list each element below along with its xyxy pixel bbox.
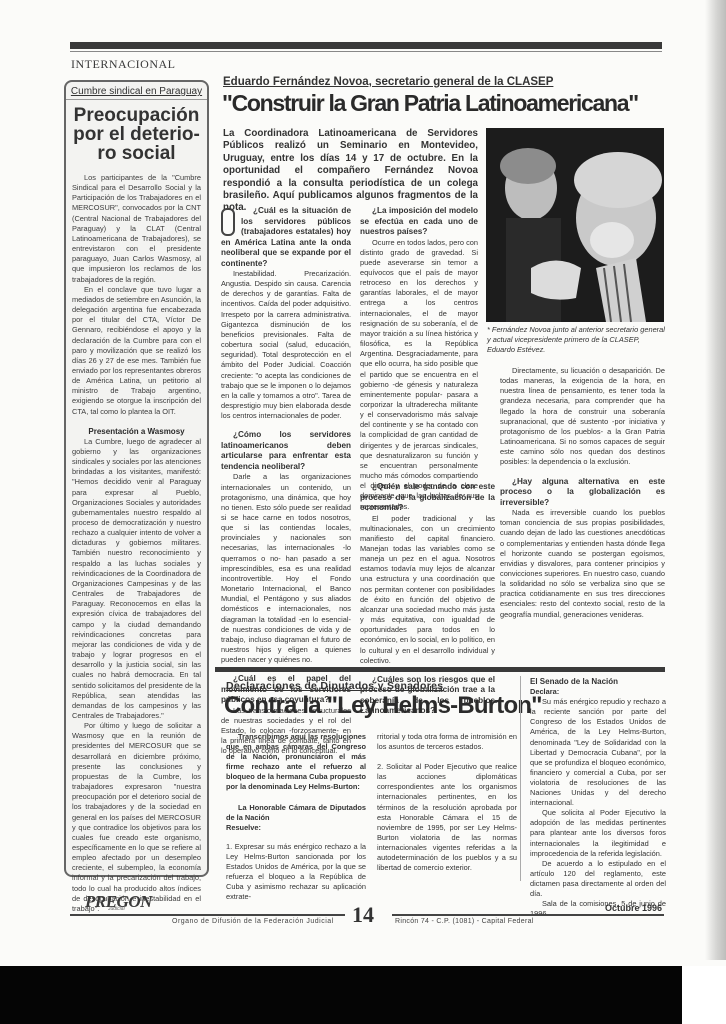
resolution-point-2: 2. Solicitar al Poder Ejecutivo que real… (377, 762, 517, 873)
sidebar-subhead: Presentación a Wasmosy (72, 427, 201, 436)
scan-border-right (682, 966, 726, 1024)
answer: Darle a las organizaciones internacional… (221, 472, 351, 665)
sidebar-title-text: Preocupación por el deterio-ro social (73, 105, 200, 164)
answer: Ocurre en todos lados, pero con distinto… (360, 238, 478, 512)
page-number: 14 (352, 902, 374, 928)
photo-fernandez-novoa-estevez (486, 128, 664, 322)
senado-column: El Senado de la Nación Declara: Su más e… (530, 677, 666, 919)
main-column-3: Directamente, su licuación o desaparició… (500, 366, 665, 620)
second-headline: Contra la "Ley Helms-Burton" (224, 692, 542, 720)
second-kicker: Declaraciones de Diputados y Senadores (226, 680, 443, 692)
footer-date: Octubre 1996 (605, 903, 662, 913)
section-divider (215, 667, 665, 672)
sidebar-paragraph: La Cumbre, luego de agradecer al gobiern… (72, 437, 201, 721)
portrait-photo-icon (486, 128, 664, 322)
resolution-point-1a: 1. Expresar su más enérgico rechazo a la… (226, 842, 366, 903)
page-edge-shadow (656, 0, 726, 960)
senado-paragraph: Su más enérgico repudio y rechazo a la r… (530, 697, 666, 808)
top-rule (70, 42, 662, 49)
question: ¿Hay alguna alternativa en este proceso … (500, 477, 665, 509)
question: ¿Cuál es la situación de los servidores … (221, 206, 351, 269)
main-lead: La Coordinadora Latinoamericana de Servi… (223, 128, 478, 215)
sidebar-paragraph: Por último y luego de solicitar a Wasmos… (72, 721, 201, 914)
newspaper-page: INTERNACIONAL Cumbre sindical en Paragua… (0, 0, 726, 1024)
senado-paragraph: Que solicita al Poder Ejecutivo la adopc… (530, 808, 666, 858)
sidebar-paragraph: Los participantes de la "Cumbre Sindical… (72, 173, 201, 285)
main-column-2: ¿La imposición del modelo se efectúa en … (360, 206, 478, 512)
sidebar-paragraph: En el conclave que tuvo lugar a mediados… (72, 285, 201, 417)
resolution-point-1b: rritorial y toda otra forma de intromisi… (377, 732, 517, 752)
answer: Nada es irreversible cuando los pueblos … (500, 508, 665, 620)
sidebar-kicker: Cumbre sindical en Paraguay (66, 86, 207, 100)
section-label: INTERNACIONAL (71, 57, 176, 72)
diputados-title: La Honorable Cámara de Diputados de la N… (226, 803, 366, 823)
second-column-1: Transcribimos aquí las resoluciones que … (226, 732, 366, 902)
question: ¿Quién sale ganando con este proceso de … (360, 482, 495, 514)
declara-label: Declara: (530, 687, 666, 697)
answer: El poder tradicional y las multinacional… (360, 514, 495, 666)
second-column-2: rritorial y toda otra forma de intromisi… (377, 732, 517, 873)
question: ¿La imposición del modelo se efectúa en … (360, 206, 478, 238)
main-column-1: ¿Cuál es la situación de los servidores … (221, 206, 351, 757)
footer-rule-left (70, 914, 345, 916)
main-headline: "Construir la Gran Patria Latinoamerican… (222, 90, 638, 117)
photo-caption: * Fernández Novoa junto al anterior secr… (487, 325, 667, 355)
sidebar-body: Los participantes de la "Cumbre Sindical… (72, 173, 201, 914)
answer: Directamente, su licuación o desaparició… (500, 366, 665, 468)
top-rule-thin (70, 51, 662, 52)
column-separator (520, 676, 521, 881)
intro: Transcribimos aquí las resoluciones que … (226, 732, 366, 793)
dropcap-decoration-icon (221, 208, 235, 236)
footer-address: Rincón 74 - C.P. (1081) - Capital Federa… (395, 918, 534, 925)
answer: Inestabilidad. Precarización. Angustia. … (221, 269, 351, 421)
senado-paragraph: De acuerdo a lo estipulado en el artícul… (530, 859, 666, 899)
sidebar-title: Preocupación por el deterio-ro social (72, 106, 201, 163)
footer-rule-right (392, 914, 664, 916)
sidebar-article: Cumbre sindical en Paraguay Preocupación… (64, 80, 209, 877)
main-kicker: Eduardo Fernández Novoa, secretario gene… (223, 76, 553, 88)
pregon-logo-subtitle: Judicial (108, 906, 125, 912)
scan-border (0, 966, 682, 1024)
footer-publisher: Organo de Difusión de la Federación Judi… (172, 918, 334, 925)
senado-title: El Senado de la Nación (530, 677, 666, 687)
question: ¿Cómo los servidores latinoamericanos de… (221, 430, 351, 472)
resuelve-label: Resuelve: (226, 823, 366, 833)
